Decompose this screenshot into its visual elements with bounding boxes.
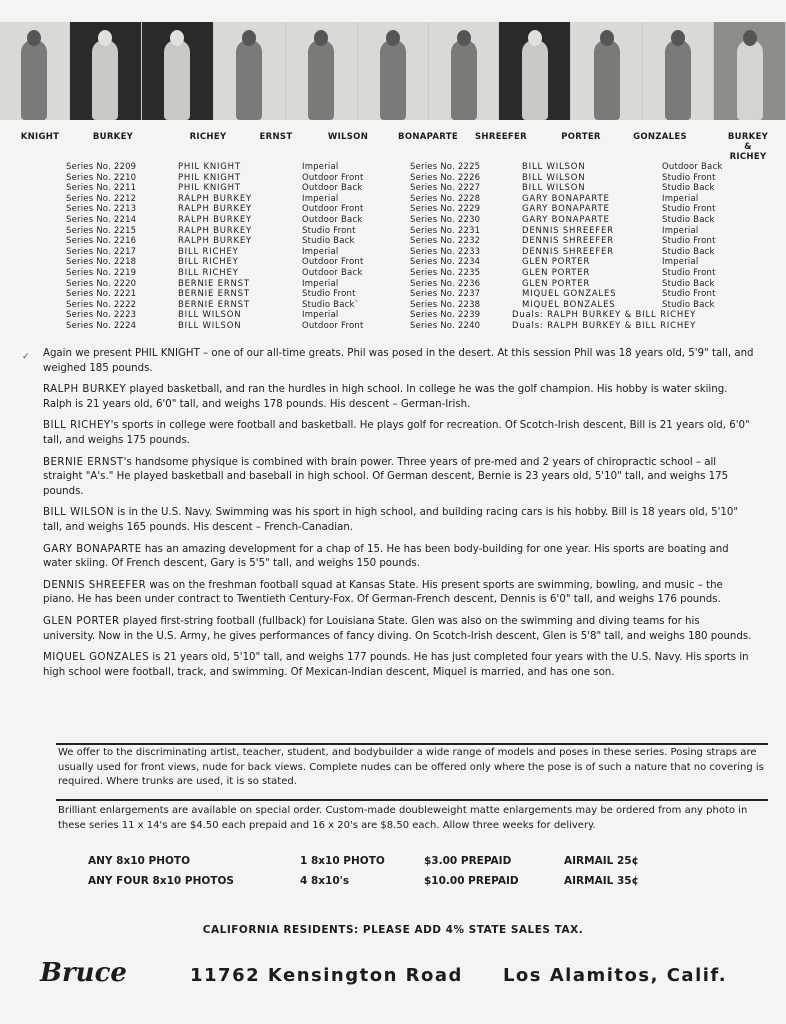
city: Los Alamitos, Calif. [503, 965, 727, 986]
series-list-right: Series No. 2225BILL WILSONOutdoor BackSe… [410, 162, 722, 332]
model-photo [0, 22, 70, 120]
series-row: Series No. 2226BILL WILSONStudio Front [410, 173, 722, 184]
divider [56, 799, 768, 801]
photo-strip [0, 22, 786, 120]
photo-label: BURKEY [73, 132, 153, 142]
address: 11762 Kensington Road [190, 965, 463, 986]
series-row: Series No. 2209PHIL KNIGHTImperial [66, 162, 364, 173]
series-row: Series No. 2219BILL RICHEYOutdoor Back [66, 268, 364, 279]
model-photo [214, 22, 286, 120]
posing-notice: We offer to the discriminating artist, t… [58, 746, 770, 790]
brand-logo: Bruce [40, 958, 190, 988]
photo-label: BONAPARTE [388, 132, 468, 142]
series-row: Series No. 2222BERNIE ERNSTStudio Back` [66, 300, 364, 311]
model-photo [429, 22, 499, 120]
bio-paragraph: BERNIE ERNST's handsome physique is comb… [43, 456, 755, 500]
model-photo [571, 22, 643, 120]
photo-label: SHREEFER [461, 132, 541, 142]
series-row: Series No. 2237MIQUEL GONZALESStudio Fro… [410, 289, 722, 300]
photo-label: ERNST [236, 132, 316, 142]
series-row: Series No. 2225BILL WILSONOutdoor Back [410, 162, 722, 173]
tax-note: CALIFORNIA RESIDENTS: PLEASE ADD 4% STAT… [0, 924, 786, 936]
divider [56, 743, 768, 745]
model-photo [714, 22, 786, 120]
model-photo [70, 22, 142, 120]
series-row: Series No. 2213RALPH BURKEYOutdoor Front [66, 204, 364, 215]
series-row: Series No. 2238MIQUEL BONZALESStudio Bac… [410, 300, 722, 311]
bio-paragraph: DENNIS SHREEFER was on the freshman foot… [43, 579, 755, 608]
model-photo [286, 22, 358, 120]
series-row: Series No. 2235GLEN PORTERStudio Front [410, 268, 722, 279]
photo-label: KNIGHT [0, 132, 80, 142]
series-row: Series No. 2223BILL WILSONImperial [66, 310, 364, 321]
series-row: Series No. 2236GLEN PORTERStudio Back [410, 279, 722, 290]
series-row: Series No. 2234GLEN PORTERImperial [410, 257, 722, 268]
series-row: Series No. 2230GARY BONAPARTEStudio Back [410, 215, 722, 226]
series-row: Series No. 2239Duals: RALPH BURKEY & BIL… [410, 310, 722, 321]
enlargement-notice: Brilliant enlargements are available on … [58, 804, 770, 833]
order-row: ANY FOUR 8x10 PHOTOS4 8x10's$10.00 PREPA… [88, 871, 684, 891]
series-row: Series No. 2215RALPH BURKEYStudio Front [66, 226, 364, 237]
photo-label: WILSON [308, 132, 388, 142]
series-row: Series No. 2218BILL RICHEYOutdoor Front [66, 257, 364, 268]
bio-paragraph: MIQUEL GONZALES is 21 years old, 5'10" t… [43, 651, 755, 680]
bio-paragraph: RALPH BURKEY played basketball, and ran … [43, 383, 755, 412]
bio-paragraph: GARY BONAPARTE has an amazing developmen… [43, 543, 755, 572]
photo-label: GONZALES [620, 132, 700, 142]
series-row: Series No. 2228GARY BONAPARTEImperial [410, 194, 722, 205]
series-row: Series No. 2231DENNIS SHREEFERImperial [410, 226, 722, 237]
model-photo [499, 22, 571, 120]
series-row: Series No. 2240Duals: RALPH BURKEY & BIL… [410, 321, 722, 332]
series-row: Series No. 2210PHIL KNIGHTOutdoor Front [66, 173, 364, 184]
bio-paragraph: BILL WILSON is in the U.S. Navy. Swimmin… [43, 506, 755, 535]
series-row: Series No. 2217BILL RICHEYImperial [66, 247, 364, 258]
series-row: Series No. 2233DENNIS SHREEFERStudio Bac… [410, 247, 722, 258]
series-row: Series No. 2229GARY BONAPARTEStudio Fron… [410, 204, 722, 215]
order-table: ANY 8x10 PHOTO1 8x10 PHOTO$3.00 PREPAIDA… [88, 851, 684, 891]
photo-labels: KNIGHTBURKEYRICHEYERNSTWILSONBONAPARTESH… [0, 132, 786, 162]
model-photo [142, 22, 214, 120]
model-photo [358, 22, 430, 120]
order-row: ANY 8x10 PHOTO1 8x10 PHOTO$3.00 PREPAIDA… [88, 851, 684, 871]
series-row: Series No. 2232DENNIS SHREEFERStudio Fro… [410, 236, 722, 247]
bio-paragraph: BILL RICHEY's sports in college were foo… [43, 419, 755, 448]
series-row: Series No. 2211PHIL KNIGHTOutdoor Back [66, 183, 364, 194]
series-row: Series No. 2227BILL WILSONStudio Back [410, 183, 722, 194]
bio-paragraph: Again we present PHIL KNIGHT – one of ou… [43, 347, 755, 376]
model-bios: Again we present PHIL KNIGHT – one of ou… [43, 347, 755, 687]
series-list-left: Series No. 2209PHIL KNIGHTImperialSeries… [66, 162, 364, 332]
series-row: Series No. 2224BILL WILSONOutdoor Front [66, 321, 364, 332]
series-row: Series No. 2221BERNIE ERNSTStudio Front [66, 289, 364, 300]
footer: Bruce 11762 Kensington Road Los Alamitos… [40, 958, 770, 988]
model-photo [643, 22, 715, 120]
photo-label: BURKEY & RICHEY [726, 132, 770, 162]
bio-paragraph: GLEN PORTER played first-string football… [43, 615, 755, 644]
margin-mark: ✓ [22, 352, 30, 362]
series-row: Series No. 2212RALPH BURKEYImperial [66, 194, 364, 205]
series-row: Series No. 2214RALPH BURKEYOutdoor Back [66, 215, 364, 226]
photo-label: PORTER [541, 132, 621, 142]
series-row: Series No. 2220BERNIE ERNSTImperial [66, 279, 364, 290]
series-row: Series No. 2216RALPH BURKEYStudio Back [66, 236, 364, 247]
